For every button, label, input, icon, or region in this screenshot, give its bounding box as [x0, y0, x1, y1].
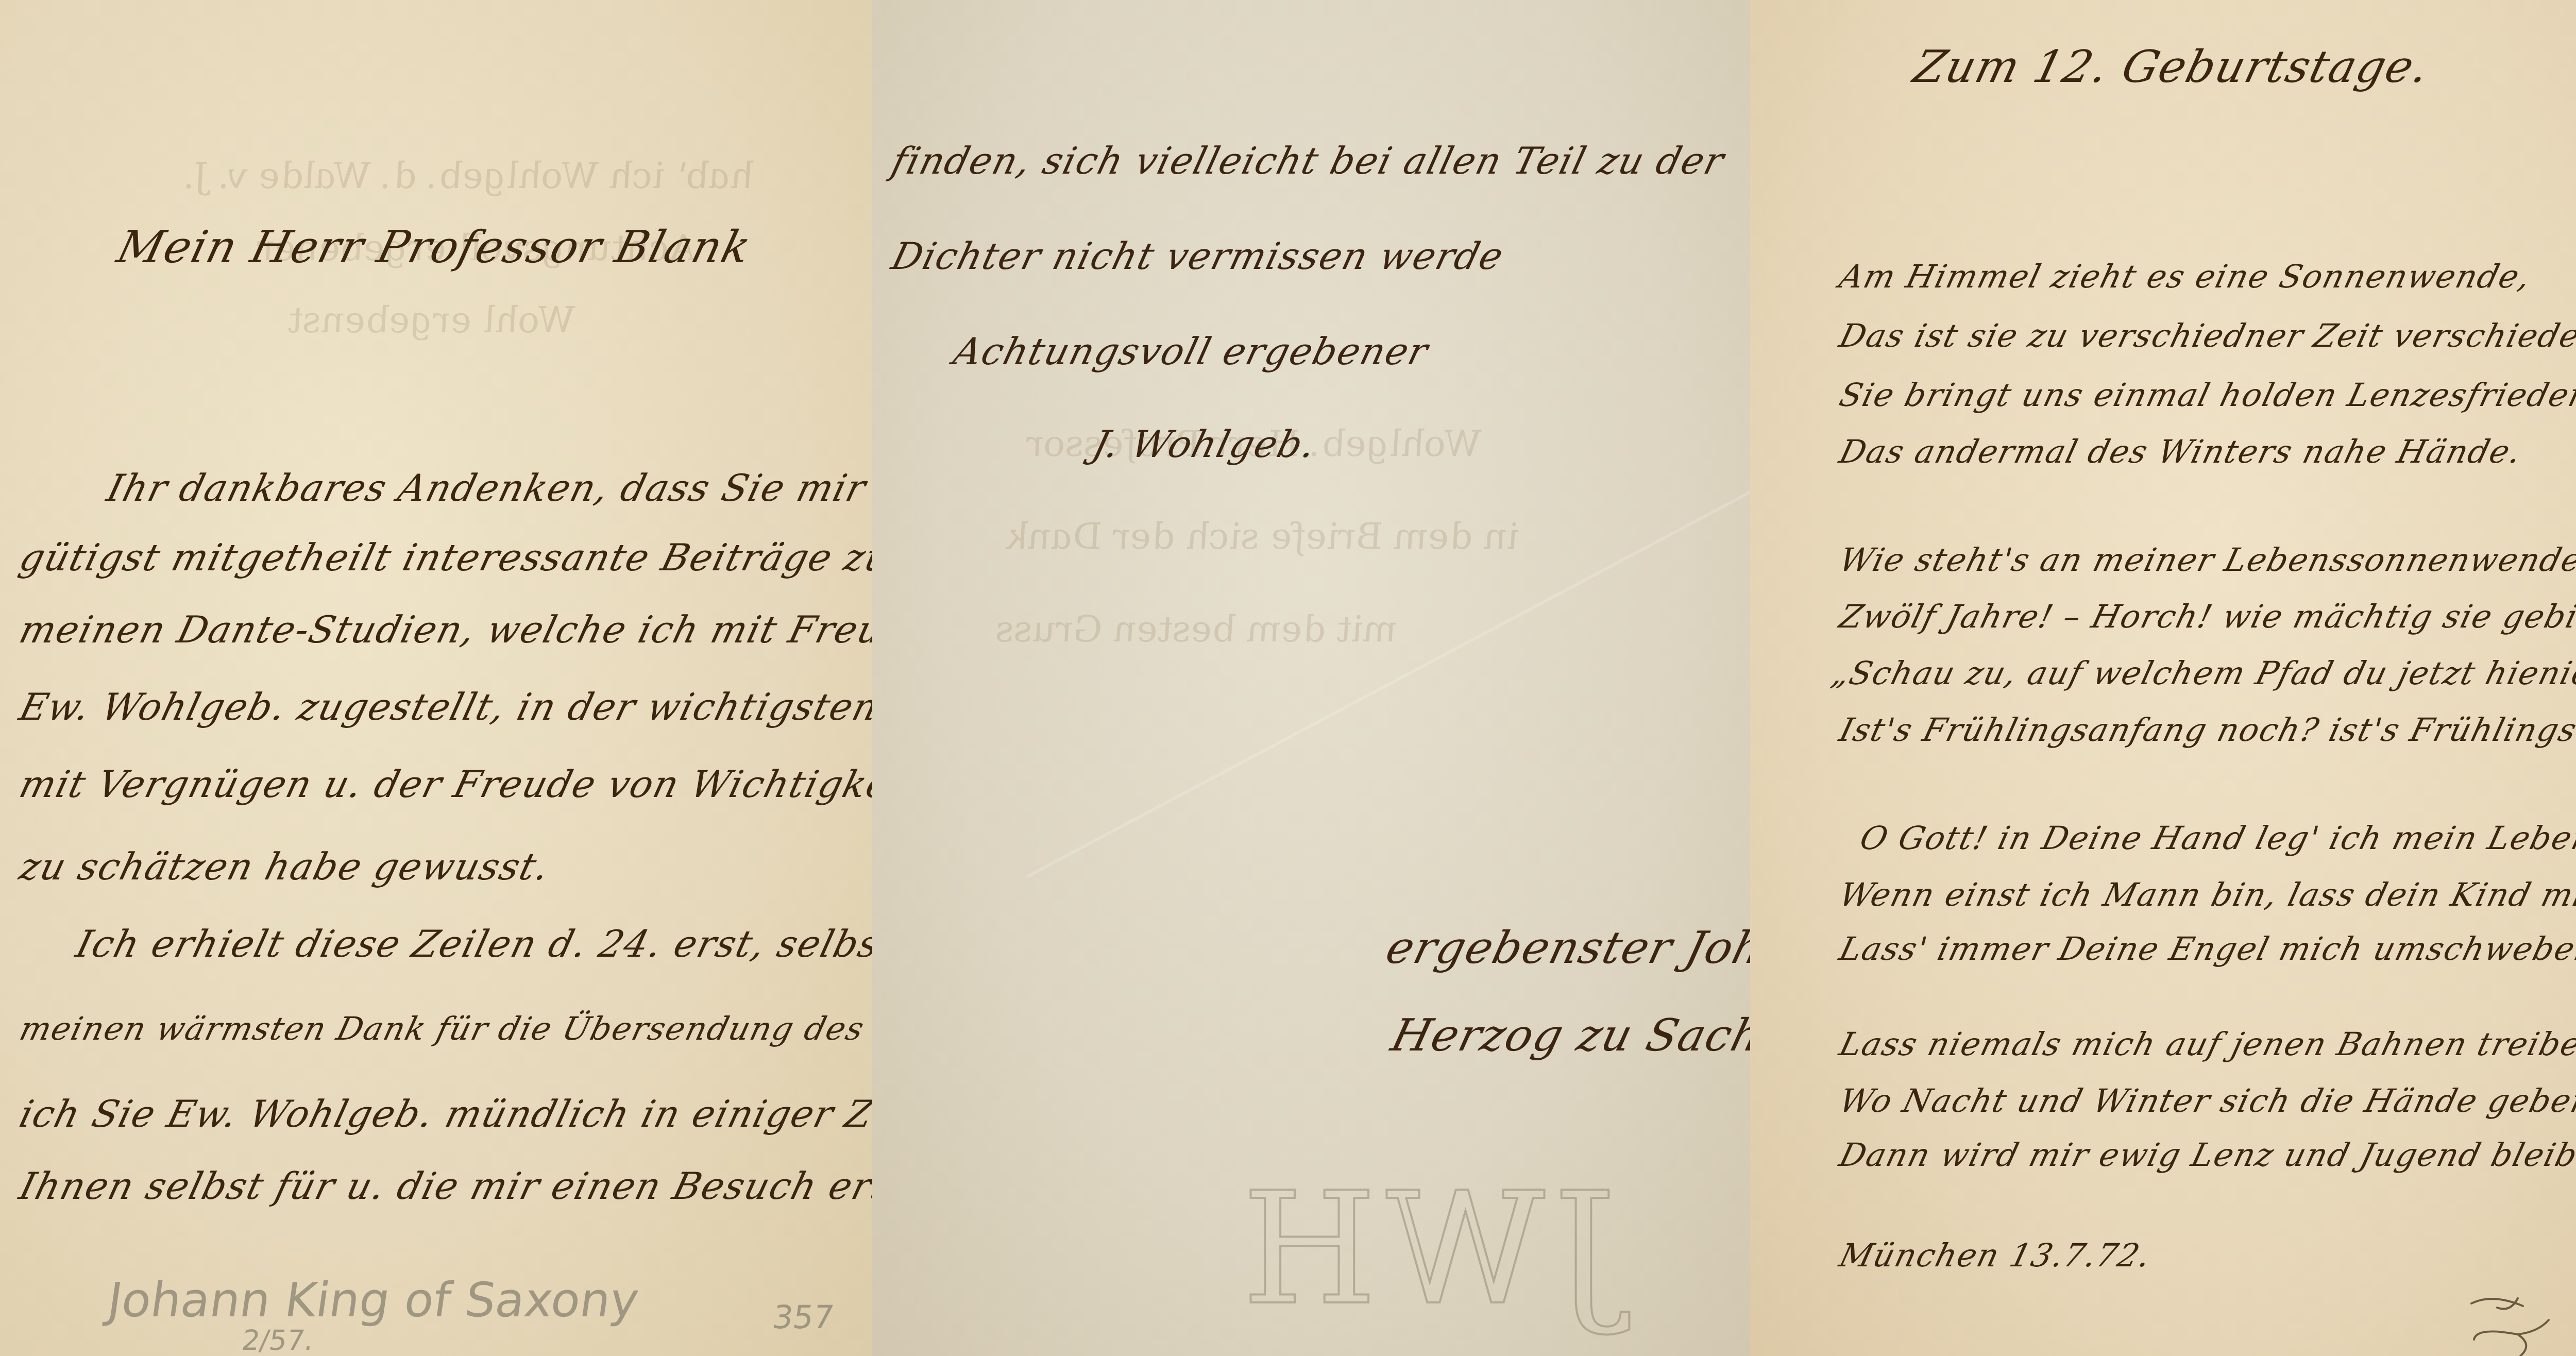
letter-line: Ich erhielt diese Zeilen d. 24. erst, se… — [72, 922, 872, 965]
closing-line-2: Herzog zu Sachsen. — [1386, 1010, 1750, 1061]
poem-line: Wie steht's an meiner Lebenssonnenwende? — [1836, 541, 2576, 579]
poem-line: Am Himmel zieht es eine Sonnenwende, — [1836, 258, 2535, 295]
letter-page-2: Wohlgeb. Herr Professor in dem Briefe si… — [872, 0, 1750, 1356]
poem-line: Lass' immer Deine Engel mich umschweben! — [1836, 930, 2576, 968]
pencil-catalog-number: 357 — [770, 1298, 837, 1336]
letter-page-1: hab' ich Wohlgeb. d. Walde v. J. Achtung… — [0, 0, 872, 1356]
sender-initials: J. Wohlgeb. — [1089, 422, 1321, 466]
letter-line: Dichter nicht vermissen werde — [888, 234, 1509, 278]
letter-line: meinen Dante-Studien, welche ich mit Fre… — [15, 608, 872, 651]
letter-line: Ew. Wohlgeb. zugestellt, in der wichtigs… — [15, 685, 872, 728]
poem-page: Zum 12. Geburtstage. Am Himmel zieht es … — [1750, 0, 2576, 1356]
poem-title: Zum 12. Geburtstage. — [1909, 41, 2435, 93]
letter-line: zu schätzen habe gewusst. — [15, 845, 555, 888]
letter-line: ich Sie Ew. Wohlgeb. mündlich in einiger… — [15, 1092, 872, 1135]
poem-line: „Schau zu, auf welchem Pfad du jetzt hie… — [1828, 654, 2576, 692]
bleed-through-text: hab' ich Wohlgeb. d. Walde v. J. — [180, 155, 759, 197]
pencil-attribution: Johann King of Saxony — [104, 1273, 642, 1328]
letter-line: mit Vergnügen u. der Freude von Wichtigk… — [15, 762, 872, 806]
letter-line: Ihr dankbares Andenken, dass Sie mir — [103, 466, 871, 510]
paper-watermark: JWH — [1233, 1159, 1616, 1339]
poem-line: Ist's Frühlingsanfang noch? ist's Frühli… — [1836, 711, 2576, 749]
poem-line: Dann wird mir ewig Lenz und Jugend bleib… — [1836, 1136, 2576, 1174]
bleed-through-text: mit dem besten Gruss — [991, 608, 1403, 650]
place-and-date: München 13.7.72. — [1836, 1236, 2156, 1274]
poem-line: Das ist sie zu verschiedner Zeit verschi… — [1836, 317, 2576, 354]
poem-line: Lass niemals mich auf jenen Bahnen treib… — [1836, 1025, 2576, 1063]
bleed-through-text: in dem Briefe sich der Dank — [1001, 515, 1524, 557]
bleed-through-text: Wohl ergebenst — [283, 299, 580, 341]
signature-flourish-icon — [2461, 1288, 2564, 1356]
letter-line: gütigst mitgetheilt interessante Beiträg… — [15, 536, 872, 579]
poem-line: Sie bringt uns einmal holden Lenzesfried… — [1836, 376, 2576, 414]
pencil-reference: 2/57. — [240, 1324, 316, 1356]
poem-line: Zwölf Jahre! – Horch! wie mächtig sie ge… — [1836, 598, 2576, 635]
salutation: Mein Herr Professor Blank — [112, 222, 757, 273]
poem-line: Wo Nacht und Winter sich die Hände geben… — [1836, 1082, 2576, 1120]
letter-line: meinen wärmsten Dank für die Übersendung… — [16, 1010, 872, 1047]
poem-line: O Gott! in Deine Hand leg' ich mein Lebe… — [1856, 819, 2576, 857]
letter-line: Ihnen selbst für u. die mir einen Besuch… — [15, 1164, 872, 1208]
closing-line-1: ergebenster Johann — [1381, 922, 1750, 974]
letter-line: finden, sich vielleicht bei allen Teil z… — [888, 139, 1730, 182]
poem-line: Wenn einst ich Mann bin, lass dein Kind … — [1836, 876, 2576, 913]
poem-line: Das andermal des Winters nahe Hände. — [1836, 433, 2526, 470]
letter-line: Achtungsvoll ergebener — [950, 330, 1433, 373]
